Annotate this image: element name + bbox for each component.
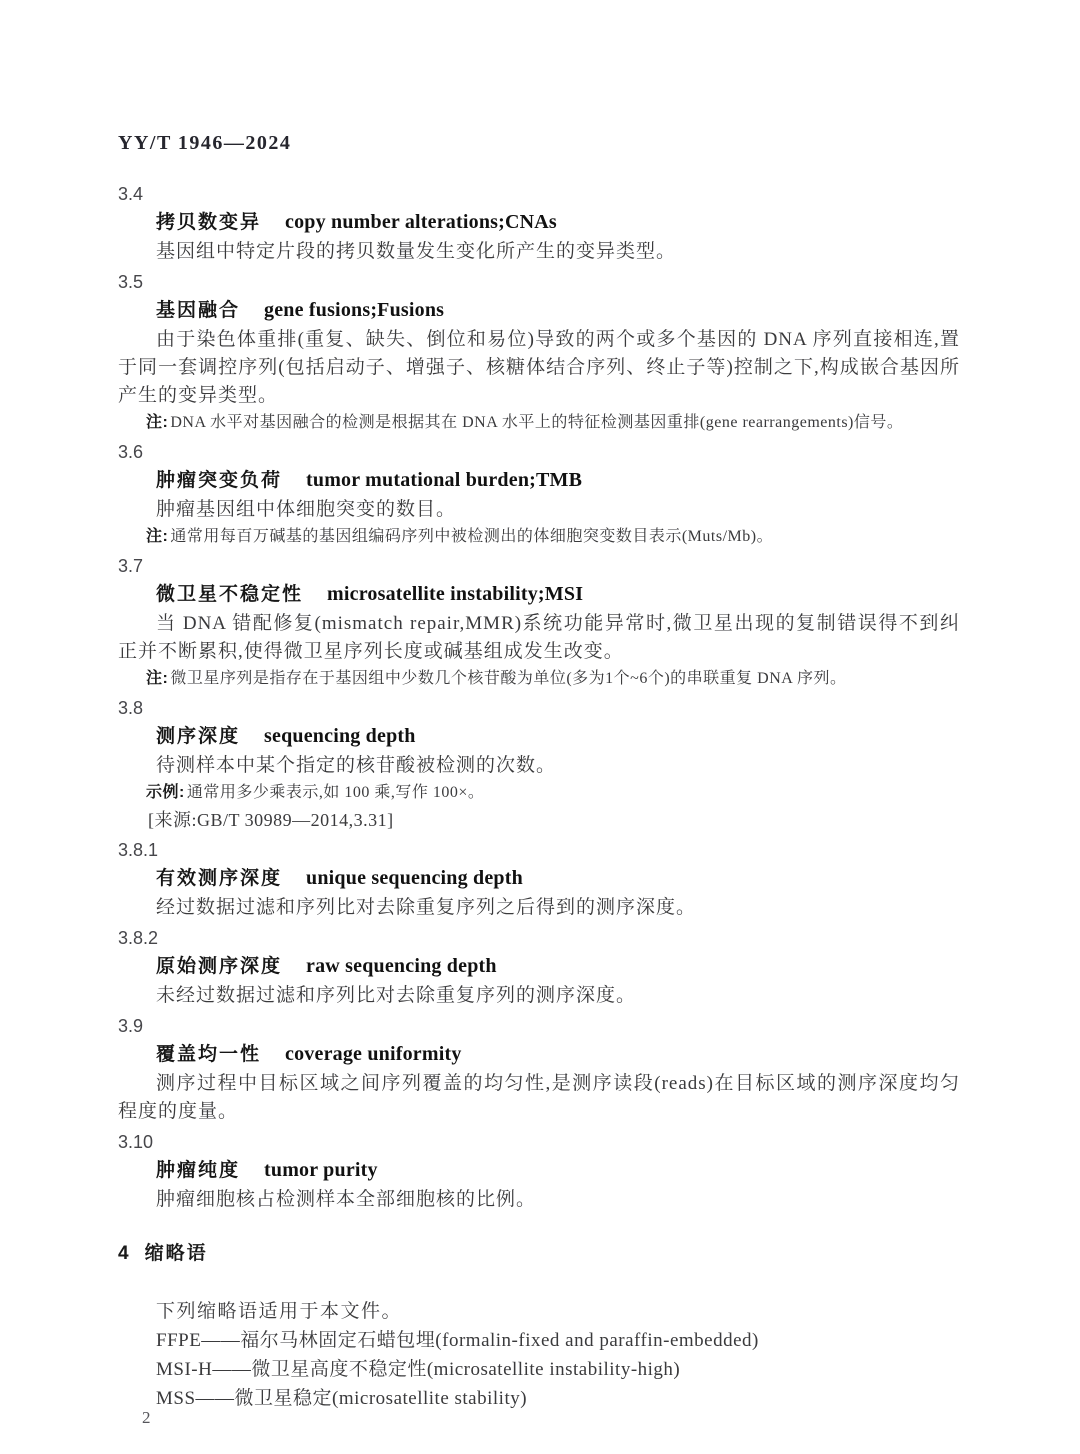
note-label: 注: xyxy=(146,414,168,431)
chapter-number: 4 xyxy=(118,1243,129,1264)
term-section-3-8-1: 3.8.1 有效测序深度 unique sequencing depth 经过数… xyxy=(118,836,960,922)
term-line: 覆盖均一性 coverage uniformity xyxy=(118,1040,960,1070)
note-label: 注: xyxy=(146,528,168,545)
term-note: 注:DNA 水平对基因融合的检测是根据其在 DNA 水平上的特征检测基因重排(g… xyxy=(118,410,960,436)
term-en: raw sequencing depth xyxy=(306,955,497,977)
example-text: 通常用多少乘表示,如 100 乘,写作 100×。 xyxy=(187,784,485,801)
document-page: YY/T 1946—2024 3.4 拷贝数变异 copy number alt… xyxy=(0,0,1080,1454)
term-source: [来源:GB/T 30989—2014,3.31] xyxy=(118,806,960,834)
section-number: 3.7 xyxy=(118,552,960,580)
chapter-abbreviations: 4缩略语 下列缩略语适用于本文件。 FFPE——福尔马林固定石蜡包埋(forma… xyxy=(118,1240,960,1413)
term-line: 基因融合 gene fusions;Fusions xyxy=(118,296,960,326)
term-en: unique sequencing depth xyxy=(306,867,523,889)
note-text: 通常用每百万碱基的基因组编码序列中被检测出的体细胞突变数目表示(Muts/Mb)… xyxy=(170,528,773,545)
term-definition: 测序过程中目标区域之间序列覆盖的均匀性,是测序读段(reads)在目标区域的测序… xyxy=(118,1070,960,1126)
term-definition: 基因组中特定片段的拷贝数量发生变化所产生的变异类型。 xyxy=(118,238,960,266)
section-number: 3.10 xyxy=(118,1128,960,1156)
term-en: tumor purity xyxy=(264,1159,378,1181)
note-text: 微卫星序列是指存在于基因组中少数几个核苷酸为单位(多为1个~6个)的串联重复 D… xyxy=(170,670,846,687)
term-zh: 肿瘤突变负荷 xyxy=(156,470,282,491)
term-en: sequencing depth xyxy=(264,725,416,747)
term-definition: 由于染色体重排(重复、缺失、倒位和易位)导致的两个或多个基因的 DNA 序列直接… xyxy=(118,326,960,410)
term-line: 肿瘤突变负荷 tumor mutational burden;TMB xyxy=(118,466,960,496)
term-line: 拷贝数变异 copy number alterations;CNAs xyxy=(118,208,960,238)
section-number: 3.4 xyxy=(118,180,960,208)
term-definition: 当 DNA 错配修复(mismatch repair,MMR)系统功能异常时,微… xyxy=(118,610,960,666)
term-definition: 未经过数据过滤和序列比对去除重复序列的测序深度。 xyxy=(118,982,960,1010)
abbreviation-item: FFPE——福尔马林固定石蜡包埋(formalin-fixed and para… xyxy=(118,1326,960,1355)
term-section-3-5: 3.5 基因融合 gene fusions;Fusions 由于染色体重排(重复… xyxy=(118,268,960,436)
example-label: 示例: xyxy=(146,784,185,801)
term-zh: 原始测序深度 xyxy=(156,956,282,977)
term-definition: 待测样本中某个指定的核苷酸被检测的次数。 xyxy=(118,752,960,780)
term-en: coverage uniformity xyxy=(285,1043,462,1065)
term-section-3-9: 3.9 覆盖均一性 coverage uniformity 测序过程中目标区域之… xyxy=(118,1012,960,1126)
term-section-3-6: 3.6 肿瘤突变负荷 tumor mutational burden;TMB 肿… xyxy=(118,438,960,550)
term-en: copy number alterations;CNAs xyxy=(285,211,557,233)
term-section-3-4: 3.4 拷贝数变异 copy number alterations;CNAs 基… xyxy=(118,180,960,266)
section-number: 3.6 xyxy=(118,438,960,466)
term-section-3-8: 3.8 测序深度 sequencing depth 待测样本中某个指定的核苷酸被… xyxy=(118,694,960,834)
term-zh: 基因融合 xyxy=(156,300,240,321)
term-zh: 覆盖均一性 xyxy=(156,1044,261,1065)
term-section-3-8-2: 3.8.2 原始测序深度 raw sequencing depth 未经过数据过… xyxy=(118,924,960,1010)
term-section-3-7: 3.7 微卫星不稳定性 microsatellite instability;M… xyxy=(118,552,960,692)
term-line: 肿瘤纯度 tumor purity xyxy=(118,1156,960,1186)
page-number: 2 xyxy=(142,1408,151,1428)
term-zh: 有效测序深度 xyxy=(156,868,282,889)
term-en: microsatellite instability;MSI xyxy=(327,583,583,605)
term-definition: 经过数据过滤和序列比对去除重复序列之后得到的测序深度。 xyxy=(118,894,960,922)
term-line: 原始测序深度 raw sequencing depth xyxy=(118,952,960,982)
note-label: 注: xyxy=(146,670,168,687)
term-example: 示例:通常用多少乘表示,如 100 乘,写作 100×。 xyxy=(118,780,960,806)
page-content: 3.4 拷贝数变异 copy number alterations;CNAs 基… xyxy=(118,180,960,1413)
section-number: 3.9 xyxy=(118,1012,960,1040)
term-line: 微卫星不稳定性 microsatellite instability;MSI xyxy=(118,580,960,610)
term-zh: 测序深度 xyxy=(156,726,240,747)
term-definition: 肿瘤细胞核占检测样本全部细胞核的比例。 xyxy=(118,1186,960,1214)
section-number: 3.8 xyxy=(118,694,960,722)
section-number: 3.5 xyxy=(118,268,960,296)
term-zh: 肿瘤纯度 xyxy=(156,1160,240,1181)
chapter-title: 缩略语 xyxy=(145,1243,208,1264)
abbreviation-item: MSS——微卫星稳定(microsatellite stability) xyxy=(118,1384,960,1413)
term-line: 有效测序深度 unique sequencing depth xyxy=(118,864,960,894)
term-section-3-10: 3.10 肿瘤纯度 tumor purity 肿瘤细胞核占检测样本全部细胞核的比… xyxy=(118,1128,960,1214)
term-line: 测序深度 sequencing depth xyxy=(118,722,960,752)
section-number: 3.8.1 xyxy=(118,836,960,864)
term-zh: 拷贝数变异 xyxy=(156,212,261,233)
chapter-intro: 下列缩略语适用于本文件。 xyxy=(118,1298,960,1326)
standard-number-header: YY/T 1946—2024 xyxy=(118,131,960,155)
term-note: 注:微卫星序列是指存在于基因组中少数几个核苷酸为单位(多为1个~6个)的串联重复… xyxy=(118,666,960,692)
term-en: gene fusions;Fusions xyxy=(264,299,444,321)
term-definition: 肿瘤基因组中体细胞突变的数目。 xyxy=(118,496,960,524)
chapter-heading: 4缩略语 xyxy=(118,1240,960,1268)
abbreviation-item: MSI-H——微卫星高度不稳定性(microsatellite instabil… xyxy=(118,1355,960,1384)
note-text: DNA 水平对基因融合的检测是根据其在 DNA 水平上的特征检测基因重排(gen… xyxy=(170,414,903,431)
term-note: 注:通常用每百万碱基的基因组编码序列中被检测出的体细胞突变数目表示(Muts/M… xyxy=(118,524,960,550)
section-number: 3.8.2 xyxy=(118,924,960,952)
term-zh: 微卫星不稳定性 xyxy=(156,584,303,605)
term-en: tumor mutational burden;TMB xyxy=(306,469,582,491)
